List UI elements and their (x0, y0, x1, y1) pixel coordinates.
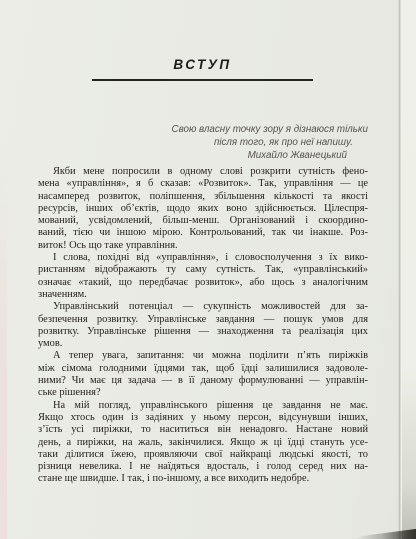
paragraph: Якби мене попросили в одному слові розкр… (38, 166, 368, 252)
body-text: Якби мене попросили в одному слові розкр… (38, 166, 368, 486)
paragraph: І слова, похідні від «управління», і сло… (38, 252, 368, 301)
epigraph: Свою власну точку зору я дізнаюся тільки… (172, 123, 368, 163)
epigraph-line: Свою власну точку зору я дізнаюся тільки (172, 123, 368, 136)
paragraph: Управлінський потенціал — сукупність мож… (38, 301, 368, 350)
body-line: стане ще швидше. І так, і по-іншому, а в… (38, 473, 368, 485)
body-line: мена «управління», я б сказав: «Розвиток… (38, 178, 368, 190)
body-line: безпечення розвитку. Управлінське завдан… (38, 314, 368, 326)
title-rule (92, 79, 313, 81)
body-line: виток! Ось що таке управління. (38, 240, 368, 252)
body-line: розвитку. Управлінське рішення — знаходж… (38, 326, 368, 338)
body-line: день, а пиріжки, на жаль, закінчилися. Я… (38, 437, 368, 449)
body-line: між сімома голодними їдцями так, щоб їдц… (38, 363, 368, 375)
body-line: Якщо хтось один із задіяних у ньому перс… (38, 412, 368, 424)
body-line: На мій погляд, управлінського рішення це… (38, 400, 368, 412)
body-line: насамперед розвиток, поліпшення, збільше… (38, 191, 368, 203)
book-page-scan: ВСТУП Свою власну точку зору я дізнаюся … (0, 0, 416, 539)
paragraph: А тепер увага, запитання: чи можна поділ… (38, 350, 368, 399)
body-line: означає «такий, що передбачає розвиток»,… (38, 277, 368, 289)
body-line: ське рішення? (38, 387, 368, 399)
page-title: ВСТУП (0, 57, 405, 72)
body-line: І слова, похідні від «управління», і сло… (38, 252, 368, 264)
body-line: з’їсть усі пиріжки, то насититься він не… (38, 424, 368, 436)
paragraph: На мій погляд, управлінського рішення це… (38, 400, 368, 486)
epigraph-line: після того, як про неї напишу. (172, 136, 368, 149)
body-line: ними? Чи має ця задача — в її даному фор… (38, 375, 368, 387)
body-line: Управлінський потенціал — сукупність мож… (38, 301, 368, 313)
body-line: таки ділитися їжею, проявляючи свої найк… (38, 449, 368, 461)
body-line: різниця невелика. І не наїдяться вдостал… (38, 461, 368, 473)
page-left-edge-tint (0, 0, 7, 539)
body-line: ристанням відображають ту саму сутність.… (38, 264, 368, 276)
epigraph-author: Михайло Жванецький (172, 149, 368, 162)
body-line: умов. (38, 338, 368, 350)
body-line: значенням. (38, 289, 368, 301)
page-edge-strip (401, 0, 416, 539)
body-line: А тепер увага, запитання: чи можна поділ… (38, 350, 368, 362)
body-line: ваний, тією чи іншою мірою. Контрольован… (38, 227, 368, 239)
body-line: мований, усвідомлений, більш-менш. Орган… (38, 215, 368, 227)
body-line: Якби мене попросили в одному слові розкр… (38, 166, 368, 178)
body-line: ресурсів, інших об’єктів, щодо яких воно… (38, 203, 368, 215)
